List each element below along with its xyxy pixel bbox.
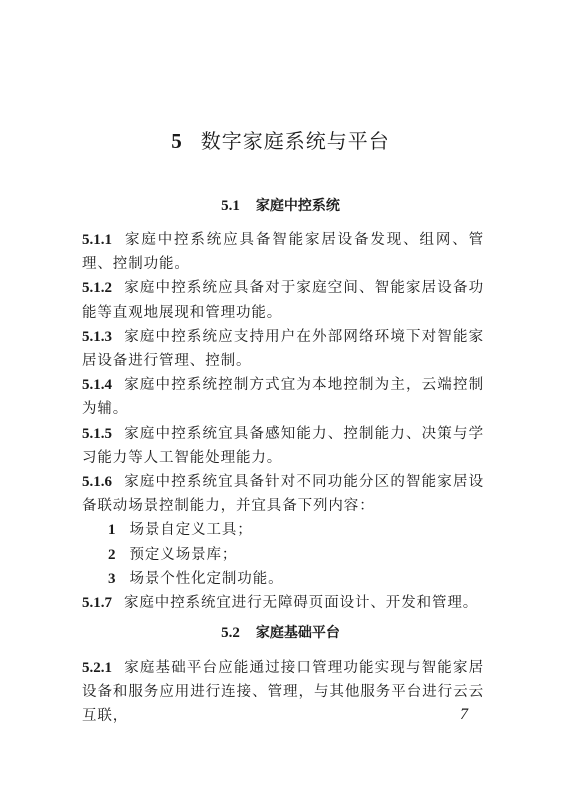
clause-5-1-5: 5.1.5家庭中控系统宜具备感知能力、控制能力、决策与学习能力等人工智能处理能力… [82, 422, 484, 470]
clause-number: 5.1.4 [82, 377, 112, 393]
clause-text: 家庭中控系统应具备对于家庭空间、智能家居设备功能等直观地展现和管理功能。 [82, 280, 484, 320]
clause-number: 5.1.3 [82, 329, 112, 345]
clause-number: 5.1.7 [82, 595, 112, 611]
list-item-text: 场景自定义工具； [130, 522, 253, 538]
clause-5-1-3: 5.1.3家庭中控系统应支持用户在外部网络环境下对智能家居设备进行管理、控制。 [82, 325, 484, 373]
list-item-number: 2 [108, 547, 116, 563]
section-title-text: 家庭基础平台 [256, 625, 340, 641]
clause-text: 家庭中控系统应具备智能家居设备发现、组网、管理、控制功能。 [82, 232, 484, 272]
clause-number: 5.1.2 [82, 280, 112, 296]
list-item-number: 1 [108, 522, 116, 538]
clause-text: 家庭中控系统控制方式宜为本地控制为主，云端控制为辅。 [82, 377, 484, 417]
section-title-5-2: 5.2家庭基础平台 [0, 623, 561, 643]
clause-number: 5.2.1 [82, 660, 112, 676]
clause-number: 5.1.1 [82, 232, 112, 248]
list-item-2: 2预定义场景库； [82, 543, 484, 567]
section-number: 5.1 [221, 198, 240, 214]
section-title-text: 家庭中控系统 [256, 198, 340, 214]
clause-5-1-6: 5.1.6家庭中控系统宜具备针对不同功能分区的智能家居设备联动场景控制能力，并宜… [82, 470, 484, 518]
section-number: 5.2 [221, 625, 240, 641]
list-item-3: 3场景个性化定制功能。 [82, 567, 484, 591]
chapter-number: 5 [171, 129, 183, 153]
section-title-5-1: 5.1家庭中控系统 [0, 196, 561, 216]
clause-number: 5.1.5 [82, 426, 112, 442]
list-item-text: 预定义场景库； [130, 547, 238, 563]
document-page: 5数字家庭系统与平台 5.1家庭中控系统 5.1.1家庭中控系统应具备智能家居设… [0, 0, 561, 804]
clause-text: 家庭中控系统宜进行无障碍页面设计、开发和管理。 [124, 595, 478, 611]
chapter-title: 5数字家庭系统与平台 [0, 128, 561, 154]
clause-text: 家庭中控系统应支持用户在外部网络环境下对智能家居设备进行管理、控制。 [82, 329, 484, 369]
clause-number: 5.1.6 [82, 474, 112, 490]
clause-5-1-1: 5.1.1家庭中控系统应具备智能家居设备发现、组网、管理、控制功能。 [82, 228, 484, 276]
clause-text: 家庭基础平台应能通过接口管理功能实现与智能家居设备和服务应用进行连接、管理，与其… [82, 660, 484, 724]
list-item-number: 3 [108, 571, 116, 587]
page-number: 7 [460, 706, 468, 724]
list-item-text: 场景个性化定制功能。 [130, 571, 284, 587]
section-5-1-body: 5.1.1家庭中控系统应具备智能家居设备发现、组网、管理、控制功能。 5.1.2… [82, 228, 484, 615]
list-item-1: 1场景自定义工具； [82, 518, 484, 542]
clause-5-1-4: 5.1.4家庭中控系统控制方式宜为本地控制为主，云端控制为辅。 [82, 373, 484, 421]
clause-text: 家庭中控系统宜具备针对不同功能分区的智能家居设备联动场景控制能力，并宜具备下列内… [82, 474, 484, 514]
chapter-title-text: 数字家庭系统与平台 [201, 129, 390, 153]
clause-5-1-7: 5.1.7家庭中控系统宜进行无障碍页面设计、开发和管理。 [82, 591, 484, 615]
clause-5-2-1: 5.2.1家庭基础平台应能通过接口管理功能实现与智能家居设备和服务应用进行连接、… [82, 656, 484, 729]
clause-5-1-2: 5.1.2家庭中控系统应具备对于家庭空间、智能家居设备功能等直观地展现和管理功能… [82, 276, 484, 324]
clause-text: 家庭中控系统宜具备感知能力、控制能力、决策与学习能力等人工智能处理能力。 [82, 426, 484, 466]
section-5-2-body: 5.2.1家庭基础平台应能通过接口管理功能实现与智能家居设备和服务应用进行连接、… [82, 656, 484, 729]
